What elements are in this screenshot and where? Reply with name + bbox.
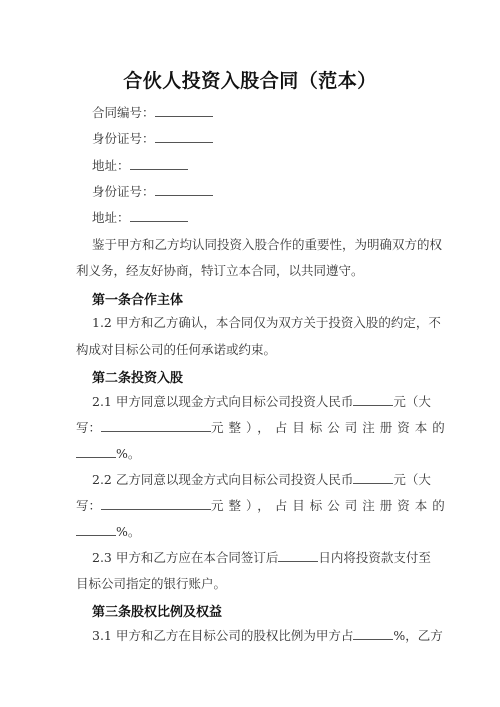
contract-number-field: 合同编号： [92, 104, 213, 122]
address-field-2: 地址： [92, 209, 188, 227]
percent-blank [353, 627, 393, 640]
blank-line [155, 183, 213, 196]
clause-1-2-line-1: 1.2 甲方和乙方确认，本合同仅为双方关于投资入股的约定，不 [76, 314, 427, 332]
section-heading-3: 第三条股权比例及权益 [92, 601, 222, 620]
clause-2-2-line-2: 写： 元整），占目标公司注册资本的 [76, 497, 427, 515]
blank-line [155, 130, 213, 143]
blank-line [130, 209, 188, 222]
clause-2-1-line-1: 2.1 甲方同意以现金方式向目标公司投资人民币元（大 [76, 393, 427, 411]
document-page: 合伙人投资入股合同（范本） 合同编号： 身份证号： 地址： 身份证号： 地址： … [0, 0, 500, 707]
clause-2-2-line-1: 2.2 乙方同意以现金方式向目标公司投资人民币元（大 [76, 471, 427, 489]
amount-words-blank [101, 497, 211, 510]
clause-2-3-line-2: 目标公司指定的银行账户。 [76, 575, 427, 593]
section-heading-2: 第二条投资入股 [92, 367, 183, 386]
amount-blank [353, 471, 393, 484]
id-number-field-2: 身份证号： [92, 183, 213, 201]
amount-words-blank [101, 419, 211, 432]
amount-blank [353, 393, 393, 406]
document-title: 合伙人投资入股合同（范本） [0, 66, 500, 93]
preamble-line-1: 鉴于甲方和乙方均认同投资入股合作的重要性，为明确双方的权 [76, 236, 427, 254]
percent-blank [76, 523, 116, 536]
address-field: 地址： [92, 157, 188, 175]
field-label: 身份证号： [92, 131, 155, 146]
days-blank [278, 549, 318, 562]
field-label: 身份证号： [92, 184, 155, 199]
field-label: 合同编号： [92, 105, 155, 120]
clause-2-1-line-2: 写： 元整），占目标公司注册资本的 [76, 419, 427, 437]
blank-line [155, 104, 213, 117]
clause-3-1-line-1: 3.1 甲方和乙方在目标公司的股权比例为甲方占%，乙方 [76, 627, 427, 645]
section-heading-1: 第一条合作主体 [92, 289, 183, 308]
clause-2-3-line-1: 2.3 甲方和乙方应在本合同签订后日内将投资款支付至 [76, 549, 427, 567]
clause-1-2-line-2: 构成对目标公司的任何承诺或约束。 [76, 341, 427, 359]
preamble-line-2: 利义务，经友好协商，特订立本合同，以共同遵守。 [76, 262, 427, 280]
id-number-field: 身份证号： [92, 130, 213, 148]
field-label: 地址： [92, 210, 130, 225]
clause-2-2-line-3: %。 [76, 523, 427, 541]
clause-2-1-line-3: %。 [76, 445, 427, 463]
blank-line [130, 157, 188, 170]
percent-blank [76, 445, 116, 458]
field-label: 地址： [92, 158, 130, 173]
